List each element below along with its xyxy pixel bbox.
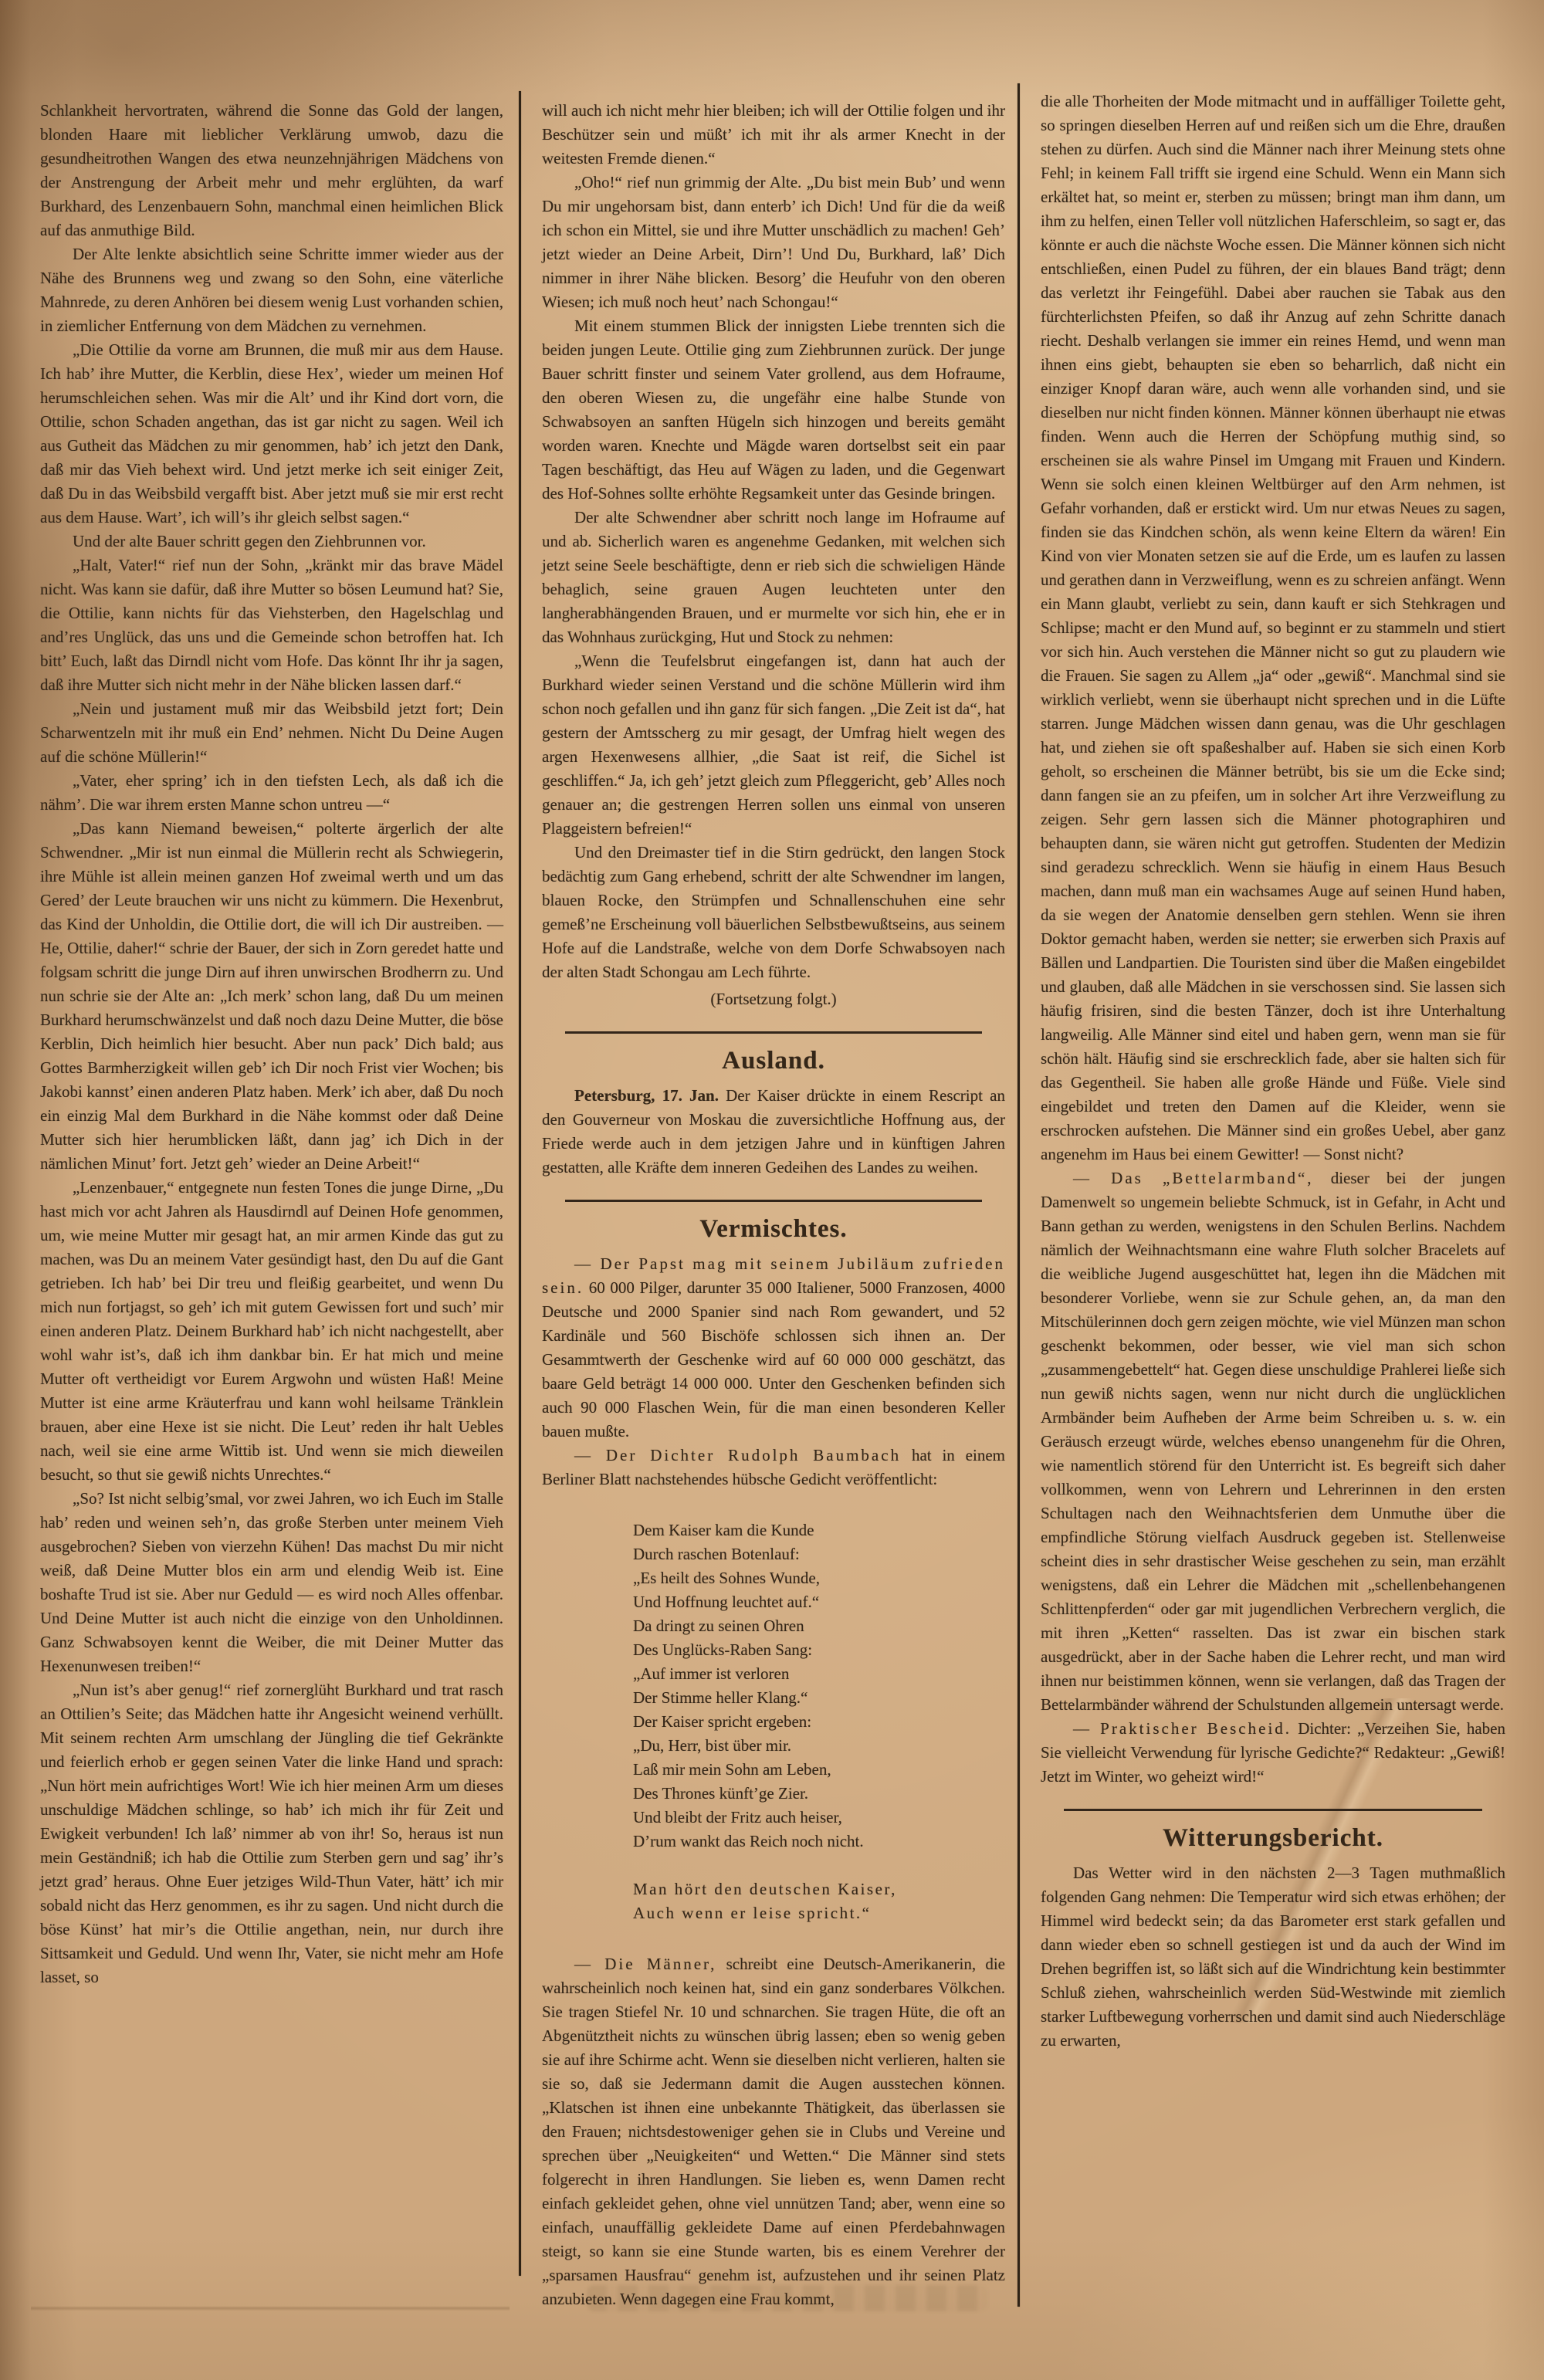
novel-paragraph: „Oho!“ rief nun grimmig der Alte. „Du bi… bbox=[542, 171, 1005, 314]
dateline: Petersburg, 17. Jan. bbox=[574, 1086, 719, 1105]
section-divider bbox=[565, 1031, 982, 1034]
news-item-baumbach: — Der Dichter Rudolph Baumbach hat in ei… bbox=[542, 1444, 1005, 1491]
news-text: dieser bei der jungen Damenwelt so ungem… bbox=[1041, 1169, 1505, 1714]
news-text: 60 000 Pilger, darunter 35 000 Italiener… bbox=[542, 1278, 1005, 1441]
news-item-bettelarmband: — Das „Bettelarmband“, dieser bei der ju… bbox=[1041, 1166, 1505, 1717]
poem-kaiser: Dem Kaiser kam die Kunde Durch raschen B… bbox=[633, 1495, 1005, 1949]
novel-paragraph: „Nein und justament muß mir das Weibsbil… bbox=[40, 697, 503, 769]
news-item-maenner-continuation: die alle Thorheiten der Mode mitmacht un… bbox=[1041, 90, 1505, 1166]
section-header-witterungsbericht: Witterungsbericht. bbox=[1041, 1826, 1505, 1850]
news-item-papst: — Der Papst mag mit seinem Jubiläum zufr… bbox=[542, 1252, 1005, 1444]
novel-paragraph: Der Alte lenkte absichtlich seine Schrit… bbox=[40, 242, 503, 338]
news-item-bescheid: — Praktischer Bescheid. Dichter: „Verzei… bbox=[1041, 1717, 1505, 1789]
item-lead: — Praktischer Bescheid. bbox=[1073, 1719, 1292, 1738]
section-divider bbox=[565, 1200, 982, 1202]
column-rule bbox=[519, 91, 521, 2276]
news-text: schreibt eine Deutsch-Amerikanerin, die … bbox=[542, 1955, 1005, 2308]
weather-report-text: Das Wetter wird in den nächsten 2—3 Tage… bbox=[1041, 1861, 1505, 2053]
poem-body: Dem Kaiser kam die Kunde Durch raschen B… bbox=[633, 1518, 1005, 1854]
newspaper-page: { "novel": { "left": [ "Schlankheit herv… bbox=[0, 0, 1544, 2380]
item-lead: — Der Dichter Rudolph Baumbach bbox=[574, 1446, 901, 1464]
paper-crease bbox=[31, 2297, 510, 2320]
novel-paragraph: „Lenzenbauer,“ entgegnete nun festen Ton… bbox=[40, 1176, 503, 1487]
section-header-ausland: Ausland. bbox=[542, 1049, 1005, 1073]
section-divider bbox=[1064, 1809, 1482, 1811]
novel-paragraph: will auch ich nicht mehr hier bleiben; i… bbox=[542, 99, 1005, 171]
column-rule bbox=[1017, 83, 1020, 2307]
novel-paragraph: Und den Dreimaster tief in die Stirn ged… bbox=[542, 841, 1005, 984]
news-item-maenner: — Die Männer, schreibt eine Deutsch-Amer… bbox=[542, 1952, 1005, 2311]
news-item-petersburg: Petersburg, 17. Jan. Der Kaiser drückte … bbox=[542, 1084, 1005, 1180]
novel-paragraph: Der alte Schwendner aber schritt noch la… bbox=[542, 506, 1005, 649]
item-lead: — Das „Bettelarmband“, bbox=[1073, 1169, 1314, 1187]
novel-paragraph: „Wenn die Teufelsbrut eingefangen ist, d… bbox=[542, 649, 1005, 841]
novel-paragraph: „Halt, Vater!“ rief nun der Sohn, „kränk… bbox=[40, 554, 503, 697]
poem-emphasis: Man hört den deutschen Kaiser, Auch wenn… bbox=[633, 1877, 1005, 1925]
column-left: Schlankheit hervortraten, während die So… bbox=[40, 99, 503, 1989]
column-right: die alle Thorheiten der Mode mitmacht un… bbox=[1041, 90, 1505, 2053]
item-lead: — Die Männer, bbox=[574, 1955, 716, 1973]
novel-paragraph: „Nun ist’s aber genug!“ rief zornerglüht… bbox=[40, 1678, 503, 1989]
novel-paragraph: „Die Ottilie da vorne am Brunnen, die mu… bbox=[40, 338, 503, 530]
column-middle: will auch ich nicht mehr hier bleiben; i… bbox=[542, 99, 1005, 2311]
novel-paragraph: Schlankheit hervortraten, während die So… bbox=[40, 99, 503, 242]
novel-paragraph: „Vater, eher spring’ ich in den tiefsten… bbox=[40, 769, 503, 817]
continuation-note: (Fortsetzung folgt.) bbox=[542, 987, 1005, 1011]
novel-paragraph: Mit einem stummen Blick der innigsten Li… bbox=[542, 314, 1005, 506]
novel-paragraph: „So? Ist nicht selbig’smal, vor zwei Jah… bbox=[40, 1487, 503, 1678]
section-header-vermischtes: Vermischtes. bbox=[542, 1217, 1005, 1241]
novel-paragraph: Und der alte Bauer schritt gegen den Zie… bbox=[40, 530, 503, 554]
novel-paragraph: „Das kann Niemand beweisen,“ polterte är… bbox=[40, 817, 503, 1176]
